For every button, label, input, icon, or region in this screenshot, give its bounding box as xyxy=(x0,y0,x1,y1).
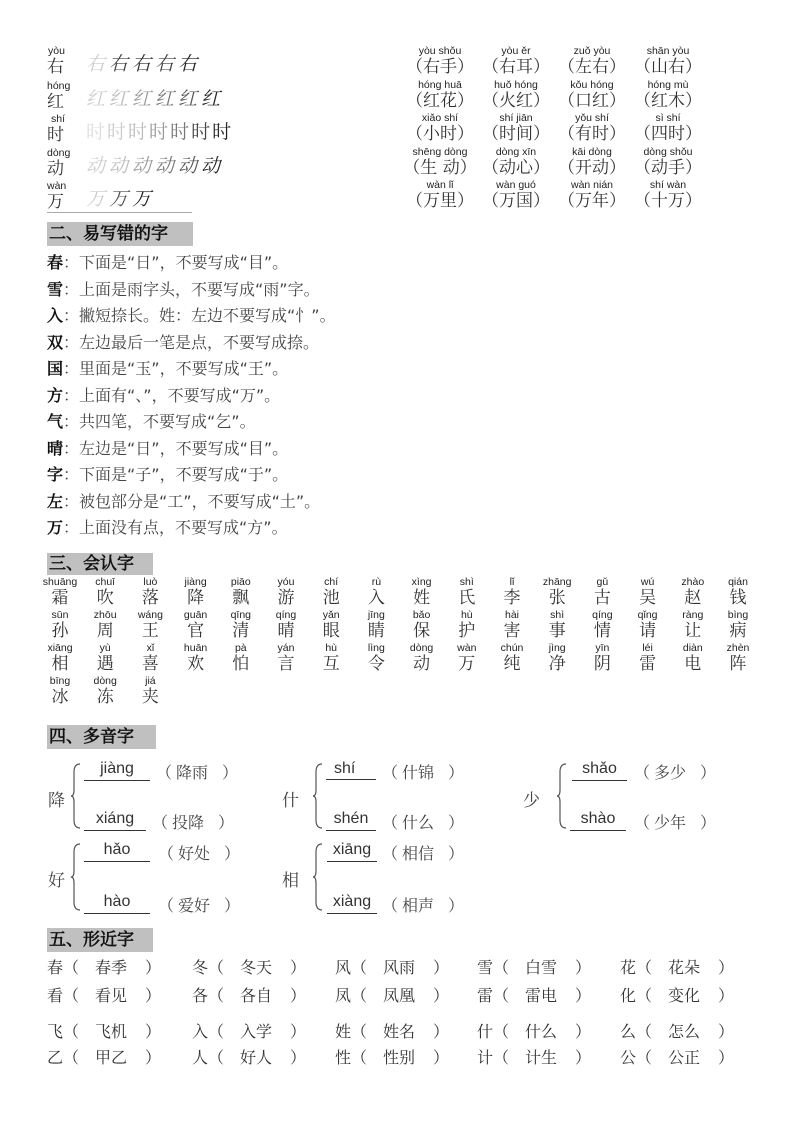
word: （生 动） xyxy=(402,158,478,178)
pinyin: yóu xyxy=(261,577,311,588)
recognize-char: chuī吹 xyxy=(90,577,120,608)
char: 飘 xyxy=(226,588,256,608)
error-item: 气：共四笔，不要写成“乞”。 xyxy=(47,409,336,436)
recognize-char: piāo飘 xyxy=(226,577,256,608)
brace-icon xyxy=(312,842,324,912)
example-word: 什么 xyxy=(398,813,448,832)
word-row: hóng huā（红花）huǒ hóng（火红）kǒu hóng（口红）hóng… xyxy=(402,80,722,114)
open-paren: （ xyxy=(208,986,224,1005)
similar-char: 冬 xyxy=(192,958,208,977)
stroke-step: 红 xyxy=(155,88,176,110)
word-item: shí wàn（十万） xyxy=(630,180,706,211)
pinyin: jiàng xyxy=(171,577,221,588)
close-paren: ） xyxy=(433,958,449,977)
char: 李 xyxy=(497,588,527,608)
open-paren: （ xyxy=(351,1022,367,1041)
divider xyxy=(47,212,192,213)
similar-char: 凤 xyxy=(335,986,351,1005)
close-paren: ） xyxy=(575,1048,591,1067)
close-paren: ） xyxy=(224,896,240,915)
char: 吹 xyxy=(90,588,120,608)
pinyin: wàn nián xyxy=(554,180,630,191)
stroke-step: 时 xyxy=(191,121,210,143)
word-list: yòu shǒu（右手）yòu ěr（右耳）zuǒ yòu（左右）shān yò… xyxy=(402,46,722,214)
char: 古 xyxy=(587,588,617,608)
pinyin: yǒu shí xyxy=(554,113,630,124)
char: 电 xyxy=(678,654,708,674)
recognize-char: gǔ古 xyxy=(587,577,617,608)
error-text: ：被包部分是“工”，不要写成“土”。 xyxy=(63,492,320,511)
recognize-char: yán言 xyxy=(271,643,301,674)
similar-char: 春 xyxy=(47,958,63,977)
recognize-char: zhōu周 xyxy=(90,610,120,641)
error-text: ：下面是“日”，不要写成“目”。 xyxy=(63,253,288,272)
error-item: 晴：左边是“日”，不要写成“目”。 xyxy=(47,436,336,463)
char: 喜 xyxy=(135,654,165,674)
recognize-char: zhāng张 xyxy=(542,577,572,608)
error-char: 万 xyxy=(47,518,63,537)
pinyin: guān xyxy=(171,610,221,621)
recognize-char: wú吴 xyxy=(633,577,663,608)
recognize-char: yīn阴 xyxy=(587,643,617,674)
pinyin: yù xyxy=(80,643,130,654)
similar-char-item: 性（性别） xyxy=(335,1045,449,1068)
open-paren: （ xyxy=(156,763,172,782)
char: 张 xyxy=(542,588,572,608)
char: 入 xyxy=(361,588,391,608)
pinyin: chuī xyxy=(80,577,130,588)
similar-char-item: 什（什么） xyxy=(477,1019,591,1042)
recognize-char: shì氏 xyxy=(452,577,482,608)
similar-char-item: 入（入学） xyxy=(192,1019,306,1042)
similar-char-item: 春（春季） xyxy=(47,955,161,978)
char: 让 xyxy=(678,621,708,641)
close-paren: ） xyxy=(145,1022,161,1041)
pinyin: wáng xyxy=(125,610,175,621)
pinyin-answer: xiàng xyxy=(327,892,377,914)
word: （动手） xyxy=(630,158,706,178)
pinyin-answer: shí xyxy=(326,759,376,780)
stroke-step: 右 xyxy=(155,53,176,75)
recognize-char: luò落 xyxy=(135,577,165,608)
example-word: 雷电 xyxy=(525,986,557,1005)
example-word: 凤凰 xyxy=(383,986,415,1005)
recognize-char: pà怕 xyxy=(226,643,256,674)
recognize-char: huān欢 xyxy=(181,643,211,674)
similar-char-item: 姓（姓名） xyxy=(335,1019,449,1042)
open-paren: （ xyxy=(382,896,398,915)
similar-char-item: 风（风雨） xyxy=(335,955,449,978)
char: 清 xyxy=(226,621,256,641)
stroke-step: 动 xyxy=(109,155,130,177)
char: 害 xyxy=(497,621,527,641)
word: （时间） xyxy=(478,124,554,144)
pinyin: hóng mù xyxy=(630,80,706,91)
recognize-char: bǎo保 xyxy=(407,610,437,641)
stroke-step: 右 xyxy=(132,53,153,75)
char: 游 xyxy=(271,588,301,608)
word-item: kāi dòng（开动） xyxy=(554,147,630,178)
close-paren: ） xyxy=(718,958,734,977)
word: （小时） xyxy=(402,124,478,144)
example-word: 花朵 xyxy=(668,958,700,977)
word: （左右） xyxy=(554,57,630,77)
recognize-char: jiàng降 xyxy=(181,577,211,608)
similar-char: 人 xyxy=(192,1048,208,1067)
similar-char: 看 xyxy=(47,986,63,1005)
error-item: 字：下面是“子”，不要写成“于”。 xyxy=(47,462,336,489)
stroke-step: 右 xyxy=(109,53,130,75)
close-paren: ） xyxy=(224,844,240,863)
recognize-char: dòng冻 xyxy=(90,676,120,707)
pinyin: shí wàn xyxy=(630,180,706,191)
pinyin: pà xyxy=(216,643,266,654)
pinyin: dòng xyxy=(47,148,70,159)
word: （有时） xyxy=(554,124,630,144)
recognize-char: guān官 xyxy=(181,610,211,641)
stroke-step: 动 xyxy=(132,155,153,177)
char: 落 xyxy=(135,588,165,608)
char: 净 xyxy=(542,654,572,674)
stroke-sequence: 动动动动动动 xyxy=(86,155,224,177)
open-paren: （ xyxy=(636,986,652,1005)
pinyin: shí xyxy=(51,114,65,125)
open-paren: （ xyxy=(158,844,174,863)
similar-char-item: 凤（凤凰） xyxy=(335,983,449,1006)
char: 池 xyxy=(316,588,346,608)
stroke-step: 动 xyxy=(155,155,176,177)
recognize-char: jìng净 xyxy=(542,643,572,674)
close-paren: ） xyxy=(290,1048,306,1067)
word: （十万） xyxy=(630,191,706,211)
char: 晴 xyxy=(271,621,301,641)
word-row: yòu shǒu（右手）yòu ěr（右耳）zuǒ yòu（左右）shān yò… xyxy=(402,46,722,80)
recognize-char: xìng姓 xyxy=(407,577,437,608)
pinyin: zhōu xyxy=(80,610,130,621)
similar-char-item: 雪（白雪） xyxy=(477,955,591,978)
recognize-char: chí池 xyxy=(316,577,346,608)
word: （山右） xyxy=(630,57,706,77)
example-word: 风雨 xyxy=(383,958,415,977)
pinyin: huān xyxy=(171,643,221,654)
word-item: hóng huā（红花） xyxy=(402,80,478,111)
example-word: 计生 xyxy=(525,1048,557,1067)
char: 右 xyxy=(47,57,64,77)
example-word: 白雪 xyxy=(525,958,557,977)
pinyin: qǐng xyxy=(623,610,673,621)
pinyin-answer: xiāng xyxy=(327,840,377,862)
polyphone-char: 降 xyxy=(48,786,65,811)
stroke-step: 红 xyxy=(201,88,222,110)
similar-char: 风 xyxy=(335,958,351,977)
section-heading: 五、形近字 xyxy=(47,928,153,952)
stroke-sequence: 右右右右右 xyxy=(86,53,201,75)
recognize-char: wáng王 xyxy=(135,610,165,641)
char: 怕 xyxy=(226,654,256,674)
example-word: 好处 xyxy=(174,844,224,863)
pinyin: piāo xyxy=(216,577,266,588)
word: （口红） xyxy=(554,91,630,111)
stroke-step: 时 xyxy=(149,121,168,143)
example-word: 公正 xyxy=(668,1048,700,1067)
pinyin: wàn xyxy=(442,643,492,654)
word-item: dòng shǒu（动手） xyxy=(630,147,706,178)
error-char: 双 xyxy=(47,333,63,352)
char: 周 xyxy=(90,621,120,641)
word-item: huǒ hóng（火红） xyxy=(478,80,554,111)
close-paren: ） xyxy=(448,813,464,832)
pinyin: shì xyxy=(532,610,582,621)
char: 令 xyxy=(361,654,391,674)
char: 降 xyxy=(181,588,211,608)
error-char: 入 xyxy=(47,306,63,325)
recognize-char: zhèn阵 xyxy=(723,643,753,674)
example-word: 降雨 xyxy=(172,763,222,782)
open-paren: （ xyxy=(634,763,650,782)
open-paren: （ xyxy=(493,1022,509,1041)
char: 冻 xyxy=(90,687,120,707)
recognize-char: yǎn眼 xyxy=(316,610,346,641)
recognize-char: wàn万 xyxy=(452,643,482,674)
pinyin: bǎo xyxy=(397,610,447,621)
recognize-char: bìng病 xyxy=(723,610,753,641)
example-word: 什么 xyxy=(525,1022,557,1041)
close-paren: ） xyxy=(218,813,234,832)
recognize-char: sūn孙 xyxy=(45,610,75,641)
char: 红 xyxy=(47,92,64,112)
error-char: 字 xyxy=(47,465,63,484)
similar-char: 各 xyxy=(192,986,208,1005)
error-item: 春：下面是“日”，不要写成“目”。 xyxy=(47,250,336,277)
example-word: 冬天 xyxy=(240,958,272,977)
polyphone-char: 什 xyxy=(282,786,299,811)
pinyin-answer: jiàng xyxy=(84,759,150,781)
error-text: ：撇短捺长。姓：左边不要写成“忄”。 xyxy=(63,306,336,325)
close-paren: ） xyxy=(433,1022,449,1041)
close-paren: ） xyxy=(700,813,716,832)
recognize-char: yóu游 xyxy=(271,577,301,608)
open-paren: （ xyxy=(636,1022,652,1041)
pinyin-answer: shào xyxy=(570,809,626,831)
stroke-step: 红 xyxy=(86,88,107,110)
pinyin: léi xyxy=(623,643,673,654)
error-text: ：下面是“子”，不要写成“于”。 xyxy=(63,465,288,484)
brace-icon xyxy=(70,842,82,912)
open-paren: （ xyxy=(493,986,509,1005)
pinyin-answer: hǎo xyxy=(84,840,150,862)
close-paren: ） xyxy=(222,763,238,782)
char: 相 xyxy=(45,654,75,674)
pinyin: bīng xyxy=(35,676,85,687)
similar-char: 性 xyxy=(335,1048,351,1067)
example-word: 爱好 xyxy=(174,896,224,915)
char: 事 xyxy=(542,621,572,641)
pinyin: jiá xyxy=(125,676,175,687)
error-text: ：上面是雨字头，不要写成“雨”字。 xyxy=(63,280,320,299)
similar-char-item: 公（公正） xyxy=(620,1045,734,1068)
example-word: 各自 xyxy=(240,986,272,1005)
word-item: shēng dòng（生 动） xyxy=(402,147,478,178)
similar-char: 化 xyxy=(620,986,636,1005)
stroke-step: 动 xyxy=(201,155,222,177)
open-paren: （ xyxy=(63,1048,79,1067)
example-word: 春季 xyxy=(95,958,127,977)
similar-char-item: 人（好人） xyxy=(192,1045,306,1068)
error-text: ：共四笔，不要写成“乞”。 xyxy=(63,412,256,431)
stroke-step: 时 xyxy=(86,121,105,143)
recognize-char: shuāng霜 xyxy=(45,577,75,608)
char: 情 xyxy=(587,621,617,641)
pinyin: gǔ xyxy=(577,577,627,588)
error-text: ：左边是“日”，不要写成“目”。 xyxy=(63,439,288,458)
word-item: shí jiān（时间） xyxy=(478,113,554,144)
word-item: wàn lǐ（万里） xyxy=(402,180,478,211)
stroke-step: 时 xyxy=(128,121,147,143)
error-char: 春 xyxy=(47,253,63,272)
pinyin: hóng xyxy=(47,81,70,92)
pinyin: sūn xyxy=(35,610,85,621)
similar-char: 什 xyxy=(477,1022,493,1041)
char: 吴 xyxy=(633,588,663,608)
stroke-step: 时 xyxy=(212,121,231,143)
pinyin-answer: hào xyxy=(84,892,150,914)
similar-char-item: 各（各自） xyxy=(192,983,306,1006)
pinyin: wú xyxy=(623,577,673,588)
pinyin: yòu shǒu xyxy=(402,46,478,57)
pinyin: shì xyxy=(442,577,492,588)
recognize-char: jiá夹 xyxy=(135,676,165,707)
stroke-step: 动 xyxy=(178,155,199,177)
close-paren: ） xyxy=(290,986,306,1005)
word: （万国） xyxy=(478,191,554,211)
error-text: ：上面没有点，不要写成“方”。 xyxy=(63,518,288,537)
pinyin: dòng xyxy=(397,643,447,654)
pinyin: wàn lǐ xyxy=(402,180,478,191)
char: 互 xyxy=(316,654,346,674)
char: 姓 xyxy=(407,588,437,608)
pinyin: hù xyxy=(306,643,356,654)
recognize-char: hù护 xyxy=(452,610,482,641)
example-word: 性别 xyxy=(383,1048,415,1067)
close-paren: ） xyxy=(433,1048,449,1067)
open-paren: （ xyxy=(63,1022,79,1041)
example-word: 姓名 xyxy=(383,1022,415,1041)
stroke-step: 红 xyxy=(109,88,130,110)
recognize-char: xiāng相 xyxy=(45,643,75,674)
pinyin: wàn guó xyxy=(478,180,554,191)
pinyin: shēng dòng xyxy=(402,147,478,158)
char: 言 xyxy=(271,654,301,674)
recognize-char: yù遇 xyxy=(90,643,120,674)
pinyin: shuāng xyxy=(35,577,85,588)
char: 雷 xyxy=(633,654,663,674)
pinyin: chí xyxy=(306,577,356,588)
pinyin: qíng xyxy=(577,610,627,621)
error-char: 国 xyxy=(47,359,63,378)
open-paren: （ xyxy=(634,813,650,832)
close-paren: ） xyxy=(575,986,591,1005)
word-item: kǒu hóng（口红） xyxy=(554,80,630,111)
example-word: 相声 xyxy=(398,896,448,915)
word: （红木） xyxy=(630,91,706,111)
close-paren: ） xyxy=(718,1048,734,1067)
similar-char: 么 xyxy=(620,1022,636,1041)
pinyin: zuǒ yòu xyxy=(554,46,630,57)
error-text: ：左边最后一笔是点，不要写成捺。 xyxy=(63,333,319,352)
pinyin-answer: shén xyxy=(326,809,376,831)
section-heading: 三、会认字 xyxy=(47,553,153,575)
word-item: wàn nián（万年） xyxy=(554,180,630,211)
char: 孙 xyxy=(45,621,75,641)
error-item: 左：被包部分是“工”，不要写成“土”。 xyxy=(47,489,336,516)
close-paren: ） xyxy=(145,958,161,977)
stroke-step: 时 xyxy=(170,121,189,143)
word-item: yòu ěr（右耳） xyxy=(478,46,554,77)
pinyin: huǒ hóng xyxy=(478,80,554,91)
word-row: xiǎo shí（小时）shí jiān（时间）yǒu shí（有时）sì sh… xyxy=(402,113,722,147)
polyphone-char: 相 xyxy=(282,866,299,891)
recognize-char: qīng清 xyxy=(226,610,256,641)
char: 赵 xyxy=(678,588,708,608)
pinyin: yǎn xyxy=(306,610,356,621)
example-word: 看见 xyxy=(95,986,127,1005)
word: （万年） xyxy=(554,191,630,211)
recognize-char: chún纯 xyxy=(497,643,527,674)
open-paren: （ xyxy=(636,1048,652,1067)
open-paren: （ xyxy=(152,813,168,832)
char: 时 xyxy=(47,125,64,145)
stroke-step: 万 xyxy=(86,188,107,210)
open-paren: （ xyxy=(63,986,79,1005)
char: 官 xyxy=(181,621,211,641)
open-paren: （ xyxy=(63,958,79,977)
open-paren: （ xyxy=(208,1048,224,1067)
pinyin: dòng shǒu xyxy=(630,147,706,158)
pinyin: yòu xyxy=(48,46,65,57)
stroke-step: 万 xyxy=(109,188,130,210)
word: （火红） xyxy=(478,91,554,111)
polyphone-char: 好 xyxy=(48,866,65,891)
open-paren: （ xyxy=(382,813,398,832)
word: （四时） xyxy=(630,124,706,144)
char: 阵 xyxy=(723,654,753,674)
example-word: 相信 xyxy=(398,844,448,863)
recognize-char: ràng让 xyxy=(678,610,708,641)
word-row: wàn lǐ（万里）wàn guó（万国）wàn nián（万年）shí wàn… xyxy=(402,180,722,214)
similar-char-item: 冬（冬天） xyxy=(192,955,306,978)
brace-icon xyxy=(312,762,324,830)
similar-char: 计 xyxy=(477,1048,493,1067)
close-paren: ） xyxy=(448,896,464,915)
char: 氏 xyxy=(452,588,482,608)
open-paren: （ xyxy=(351,958,367,977)
pinyin: bìng xyxy=(713,610,763,621)
char: 眼 xyxy=(316,621,346,641)
close-paren: ） xyxy=(290,958,306,977)
stroke-step: 万 xyxy=(132,188,153,210)
similar-char-item: 化（变化） xyxy=(620,983,734,1006)
stroke-sequence: 万万万 xyxy=(86,188,155,210)
char: 动 xyxy=(47,159,64,179)
example-word: 入学 xyxy=(240,1022,272,1041)
char: 睛 xyxy=(361,621,391,641)
char: 病 xyxy=(723,621,753,641)
word-item: yǒu shí（有时） xyxy=(554,113,630,144)
pinyin: dòng xīn xyxy=(478,147,554,158)
open-paren: （ xyxy=(493,958,509,977)
char: 王 xyxy=(135,621,165,641)
pinyin: lǐ xyxy=(487,577,537,588)
